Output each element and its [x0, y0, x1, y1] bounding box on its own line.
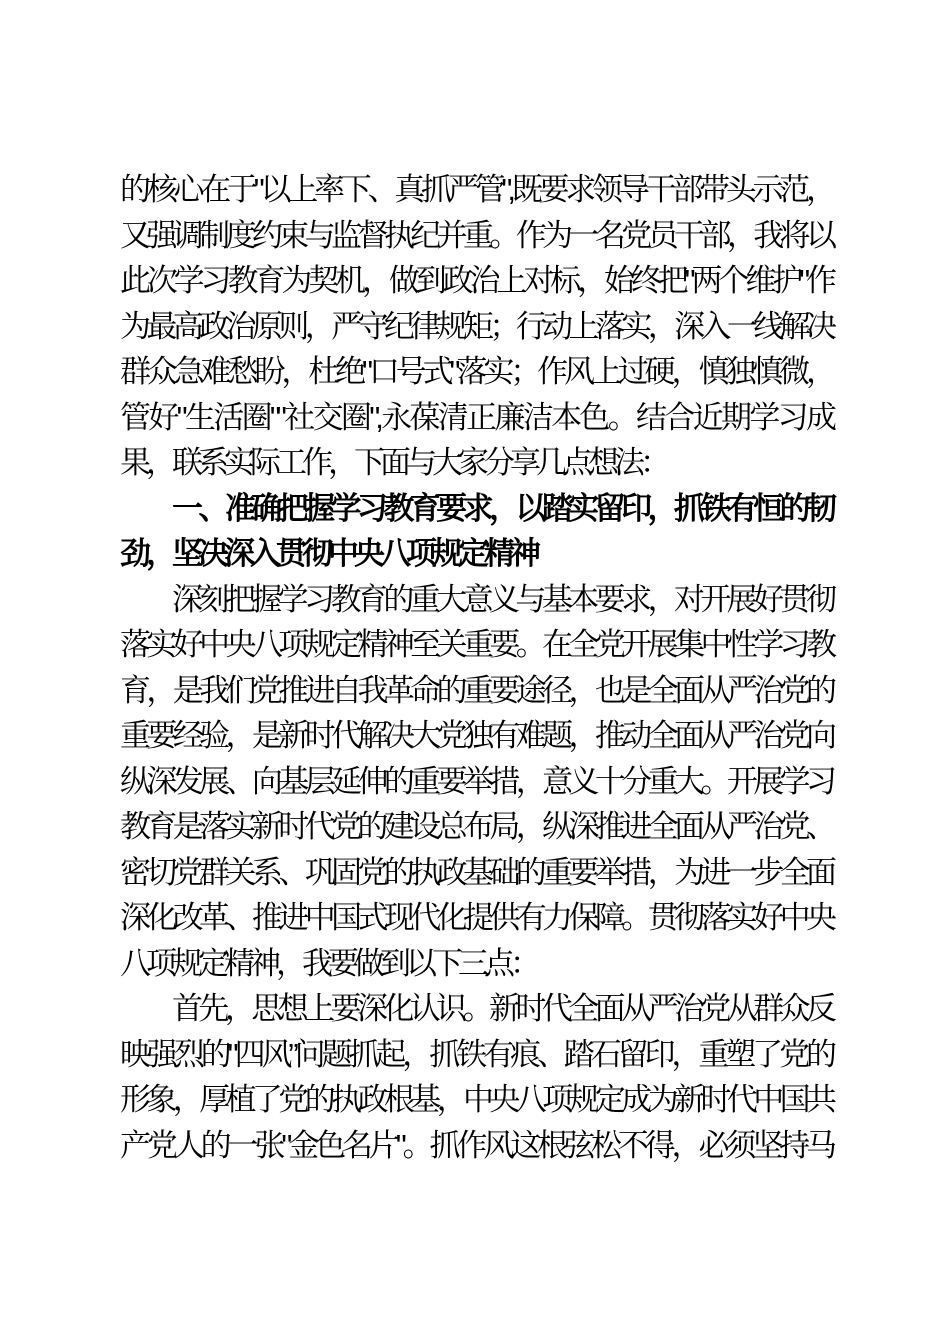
text-line: 映强烈的"四风”问题抓起，抓铁有痕、踏石留印，重塑了党的 — [120, 1032, 832, 1078]
text-line: 形象，厚植了党的执政根基，中央八项规定成为新时代中国共 — [120, 1077, 832, 1123]
text-line: 育，是我们党推进自我革命的重要途径，也是全面从严治党的 — [120, 668, 832, 714]
text-line: 教育是落实新时代党的建设总布局，纵深推进全面从严治党、 — [120, 804, 832, 850]
text-line: 又强调制度约束与监督执纪并重。作为一名党员干部，我将以 — [120, 213, 832, 259]
text-line: 为最高政治原则，严守纪律规矩；行动上落实，深入一线解决 — [120, 304, 832, 350]
text-line: 纵深发展、向基层延伸的重要举措，意义十分重大。开展学习 — [120, 759, 832, 805]
document-page: 的核心在于"以上率下、真抓严管",既要求领导干部带头示范， 又强调制度约束与监督… — [0, 0, 950, 1344]
text-line: 果，联系实际工作，下面与大家分享几点想法： — [120, 440, 832, 486]
text-line: 深化改革、推进中国式现代化提供有力保障。贯彻落实好中央 — [120, 895, 832, 941]
text-line: 八项规定精神，我要做到以下三点： — [120, 941, 832, 987]
text-line: 深刻把握学习教育的重大意义与基本要求，对开展好贯彻 — [120, 577, 832, 623]
text-line: 首先，思想上要深化认识。新时代全面从严治党从群众反 — [120, 986, 832, 1032]
text-line: 此次学习教育为契机，做到政治上对标，始终把"两个维护"作 — [120, 258, 832, 304]
text-line: 密切党群关系、巩固党的执政基础的重要举措，为进一步全面 — [120, 850, 832, 896]
text-line: 的核心在于"以上率下、真抓严管",既要求领导干部带头示范， — [120, 167, 832, 213]
section-heading-line: 劲，坚决深入贯彻中央八项规定精神 — [120, 531, 832, 577]
text-line: 产党人的一张"金色名片"。抓作风这根弦松不得，必须坚持马 — [120, 1123, 832, 1169]
text-line: 重要经验，是新时代解决大党独有难题，推动全面从严治党向 — [120, 713, 832, 759]
document-text-block: 的核心在于"以上率下、真抓严管",既要求领导干部带头示范， 又强调制度约束与监督… — [0, 0, 950, 1168]
text-line: 落实好中央八项规定精神至关重要。在全党开展集中性学习教 — [120, 622, 832, 668]
section-heading-line: 一、准确把握学习教育要求，以踏实留印，抓铁有恒的韧 — [120, 486, 832, 532]
text-line: 群众急难愁盼，杜绝"口号式"落实；作风上过硬，慎独慎微， — [120, 349, 832, 395]
text-line: 管好"生活圈""社交圈",永葆清正廉洁本色。结合近期学习成 — [120, 395, 832, 441]
